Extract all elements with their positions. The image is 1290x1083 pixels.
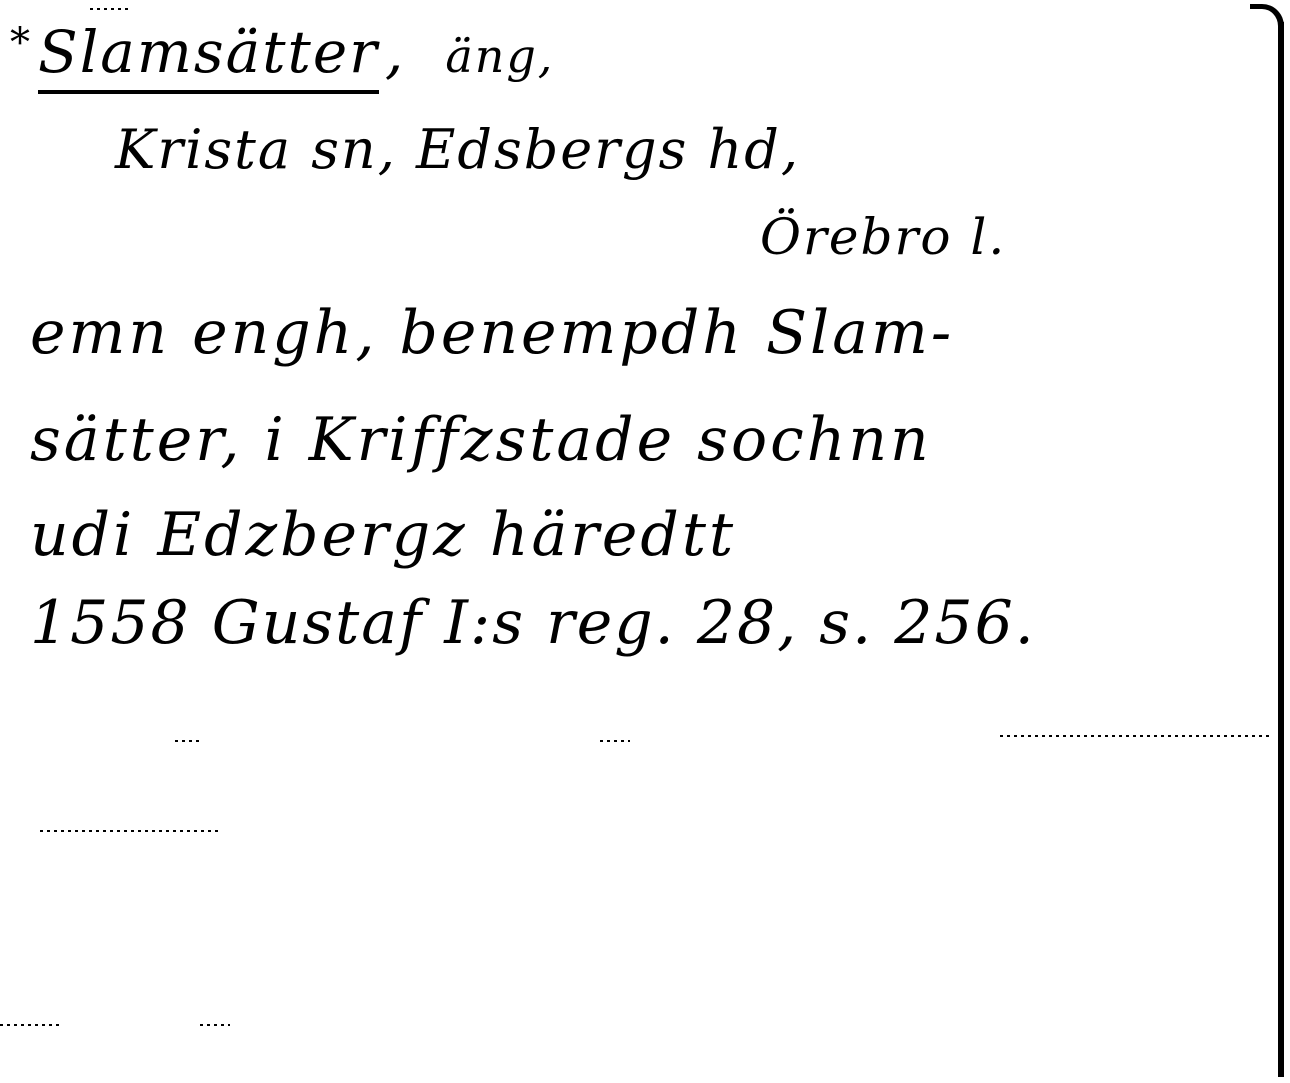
source-reference: 1558 Gustaf I:s reg. 28, s. 256. xyxy=(30,588,1036,658)
scan-speck xyxy=(200,1024,230,1026)
quote-line: udi Edzbergz häredtt xyxy=(30,500,736,570)
asterisk-marker: * xyxy=(10,20,32,66)
card-right-edge xyxy=(1278,22,1284,1077)
scan-speck xyxy=(90,8,130,10)
scan-speck xyxy=(0,1024,60,1026)
card-heading: *Slamsätter,äng, xyxy=(10,18,554,94)
place-type: äng, xyxy=(445,29,554,83)
scan-speck xyxy=(40,830,220,832)
parish-district-line: Krista sn, Edsbergs hd, xyxy=(115,118,800,181)
index-card: *Slamsätter,äng, Krista sn, Edsbergs hd,… xyxy=(0,0,1290,1083)
scan-speck xyxy=(600,740,630,742)
scan-speck xyxy=(1000,735,1270,737)
scan-speck xyxy=(175,740,203,742)
quote-line: sätter, i Kriffzstade sochnn xyxy=(30,405,932,475)
place-name: Slamsätter xyxy=(38,18,379,94)
quote-line: emn engh, benempdh Slam- xyxy=(30,298,954,368)
county-line: Örebro l. xyxy=(760,208,1006,266)
heading-separator: , xyxy=(385,18,405,86)
